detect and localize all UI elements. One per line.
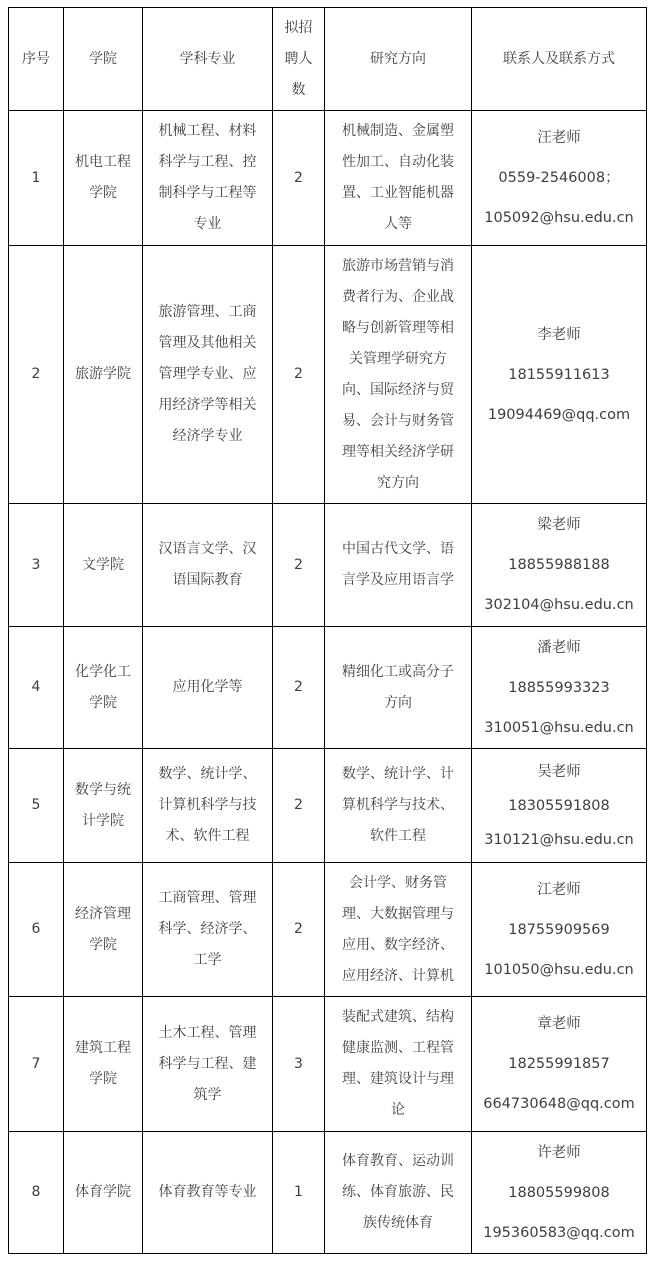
cell-quota: 2 — [273, 246, 325, 504]
table-row: 2 旅游学院 旅游管理、工商管理及其他相关管理学专业、应用经济学等相关经济学专业… — [9, 246, 647, 504]
major-line: 经济学专业 — [147, 421, 268, 452]
contact-name: 章老师 — [476, 1004, 642, 1044]
college-line: 建筑工程 — [68, 1033, 138, 1064]
research-line: 算机科学与技术、 — [329, 790, 467, 821]
cell-research: 数学、统计学、计算机科学与技术、软件工程 — [325, 749, 472, 863]
contact-email[interactable]: 19094469@qq.com — [476, 395, 642, 435]
cell-research: 会计学、财务管理、大数据管理与应用、数字经济、应用经济、计算机 — [325, 863, 472, 997]
table-row: 8 体育学院 体育教育等专业 1 体育教育、运动训练、体育旅游、民族传统体育 许… — [9, 1132, 647, 1254]
table-row: 5 数学与统计学院 数学、统计学、计算机科学与技术、软件工程 2 数学、统计学、… — [9, 749, 647, 863]
cell-research: 旅游市场营销与消费者行为、企业战略与创新管理等相关管理学研究方向、国际经济与贸易… — [325, 246, 472, 504]
contact-name: 梁老师 — [476, 505, 642, 545]
cell-college: 文学院 — [64, 504, 143, 627]
major-line: 应用化学等 — [147, 672, 268, 703]
major-line: 机械工程、材料 — [147, 116, 268, 147]
cell-research: 装配式建筑、结构健康监测、工程管理、建筑设计与理论 — [325, 997, 472, 1132]
cell-quota: 2 — [273, 863, 325, 997]
major-line: 术、软件工程 — [147, 821, 268, 852]
major-line: 筑学 — [147, 1080, 268, 1111]
research-line: 理、建筑设计与理 — [329, 1064, 467, 1095]
contact-email[interactable]: 302104@hsu.edu.cn — [476, 585, 642, 625]
research-line: 精细化工或高分子 — [329, 657, 467, 688]
major-line: 工商管理、管理 — [147, 883, 268, 914]
contact-name: 吴老师 — [476, 755, 642, 789]
contact-phone: 18855988188 — [476, 545, 642, 585]
cell-quota: 2 — [273, 627, 325, 749]
major-line: 制科学与工程等 — [147, 178, 268, 209]
college-line: 旅游学院 — [68, 359, 138, 390]
major-line: 体育教育等专业 — [147, 1177, 268, 1208]
contact-email[interactable]: 105092@hsu.edu.cn — [476, 198, 642, 238]
contact-phone: 18805599808 — [476, 1173, 642, 1213]
table-header-row: 序号 学院 学科专业 拟招 聘人 数 研究方向 联系人及联系方式 — [9, 8, 647, 111]
college-line: 经济管理 — [68, 899, 138, 930]
cell-college: 数学与统计学院 — [64, 749, 143, 863]
table-row: 1 机电工程学院 机械工程、材料科学与工程、控制科学与工程等专业 2 机械制造、… — [9, 111, 647, 246]
research-line: 会计学、财务管 — [329, 868, 467, 899]
research-line: 方向 — [329, 688, 467, 719]
contact-name: 江老师 — [476, 870, 642, 910]
table-row: 3 文学院 汉语言文学、汉语国际教育 2 中国古代文学、语言学及应用语言学 梁老… — [9, 504, 647, 627]
major-line: 工学 — [147, 945, 268, 976]
major-line: 科学与工程、控 — [147, 147, 268, 178]
header-quota: 拟招 聘人 数 — [273, 8, 325, 111]
cell-index: 2 — [9, 246, 64, 504]
header-research: 研究方向 — [325, 8, 472, 111]
cell-contact: 汪老师0559-2546008；105092@hsu.edu.cn — [472, 111, 647, 246]
research-line: 关管理学研究方 — [329, 344, 467, 375]
research-line: 人等 — [329, 209, 467, 240]
college-line: 文学院 — [68, 550, 138, 581]
contact-name: 潘老师 — [476, 628, 642, 668]
major-line: 科学、经济学、 — [147, 914, 268, 945]
research-line: 体育教育、运动训 — [329, 1146, 467, 1177]
major-line: 数学、统计学、 — [147, 759, 268, 790]
cell-contact: 江老师18755909569101050@hsu.edu.cn — [472, 863, 647, 997]
cell-research: 中国古代文学、语言学及应用语言学 — [325, 504, 472, 627]
research-line: 略与创新管理等相 — [329, 313, 467, 344]
research-line: 性加工、自动化装 — [329, 147, 467, 178]
college-line: 学院 — [68, 1064, 138, 1095]
contact-name: 李老师 — [476, 315, 642, 355]
contact-email[interactable]: 101050@hsu.edu.cn — [476, 950, 642, 990]
contact-name: 许老师 — [476, 1133, 642, 1173]
contact-phone: 18305591808 — [476, 789, 642, 823]
major-line: 专业 — [147, 209, 268, 240]
cell-major: 汉语言文学、汉语国际教育 — [143, 504, 273, 627]
contact-email[interactable]: 310121@hsu.edu.cn — [476, 823, 642, 857]
college-line: 计学院 — [68, 806, 138, 837]
research-line: 理、大数据管理与 — [329, 899, 467, 930]
college-line: 体育学院 — [68, 1177, 138, 1208]
college-line: 化学化工 — [68, 657, 138, 688]
contact-phone: 18255991857 — [476, 1044, 642, 1084]
table-row: 4 化学化工学院 应用化学等 2 精细化工或高分子方向 潘老师188559933… — [9, 627, 647, 749]
cell-research: 机械制造、金属塑性加工、自动化装置、工业智能机器人等 — [325, 111, 472, 246]
cell-college: 机电工程学院 — [64, 111, 143, 246]
cell-college: 体育学院 — [64, 1132, 143, 1254]
contact-name: 汪老师 — [476, 118, 642, 158]
college-line: 数学与统 — [68, 775, 138, 806]
cell-major: 工商管理、管理科学、经济学、工学 — [143, 863, 273, 997]
header-college: 学院 — [64, 8, 143, 111]
cell-research: 体育教育、运动训练、体育旅游、民族传统体育 — [325, 1132, 472, 1254]
research-line: 向、国际经济与贸 — [329, 375, 467, 406]
cell-major: 土木工程、管理科学与工程、建筑学 — [143, 997, 273, 1132]
cell-college: 经济管理学院 — [64, 863, 143, 997]
college-line: 学院 — [68, 930, 138, 961]
header-contact: 联系人及联系方式 — [472, 8, 647, 111]
cell-contact: 李老师1815591161319094469@qq.com — [472, 246, 647, 504]
cell-index: 1 — [9, 111, 64, 246]
cell-index: 8 — [9, 1132, 64, 1254]
major-line: 土木工程、管理 — [147, 1018, 268, 1049]
cell-index: 5 — [9, 749, 64, 863]
research-line: 族传统体育 — [329, 1208, 467, 1239]
research-line: 究方向 — [329, 468, 467, 499]
header-major: 学科专业 — [143, 8, 273, 111]
research-line: 旅游市场营销与消 — [329, 251, 467, 282]
cell-major: 应用化学等 — [143, 627, 273, 749]
cell-quota: 2 — [273, 749, 325, 863]
cell-index: 3 — [9, 504, 64, 627]
contact-email[interactable]: 195360583@qq.com — [476, 1213, 642, 1253]
cell-major: 体育教育等专业 — [143, 1132, 273, 1254]
cell-research: 精细化工或高分子方向 — [325, 627, 472, 749]
major-line: 管理及其他相关 — [147, 328, 268, 359]
cell-quota: 1 — [273, 1132, 325, 1254]
college-line: 机电工程 — [68, 147, 138, 178]
cell-contact: 吴老师18305591808310121@hsu.edu.cn — [472, 749, 647, 863]
contact-phone: 18855993323 — [476, 668, 642, 708]
cell-major: 机械工程、材料科学与工程、控制科学与工程等专业 — [143, 111, 273, 246]
cell-quota: 2 — [273, 504, 325, 627]
research-line: 软件工程 — [329, 821, 467, 852]
research-line: 置、工业智能机器 — [329, 178, 467, 209]
cell-index: 4 — [9, 627, 64, 749]
contact-phone: 18155911613 — [476, 355, 642, 395]
major-line: 计算机科学与技 — [147, 790, 268, 821]
research-line: 理等相关经济学研 — [329, 437, 467, 468]
cell-contact: 梁老师18855988188302104@hsu.edu.cn — [472, 504, 647, 627]
cell-index: 6 — [9, 863, 64, 997]
research-line: 易、会计与财务管 — [329, 406, 467, 437]
research-line: 练、体育旅游、民 — [329, 1177, 467, 1208]
major-line: 汉语言文学、汉 — [147, 534, 268, 565]
major-line: 科学与工程、建 — [147, 1049, 268, 1080]
research-line: 中国古代文学、语 — [329, 534, 467, 565]
research-line: 装配式建筑、结构 — [329, 1002, 467, 1033]
research-line: 论 — [329, 1095, 467, 1126]
cell-contact: 潘老师18855993323310051@hsu.edu.cn — [472, 627, 647, 749]
major-line: 用经济学等相关 — [147, 390, 268, 421]
cell-college: 建筑工程学院 — [64, 997, 143, 1132]
cell-major: 旅游管理、工商管理及其他相关管理学专业、应用经济学等相关经济学专业 — [143, 246, 273, 504]
contact-phone: 18755909569 — [476, 910, 642, 950]
research-line: 应用经济、计算机 — [329, 961, 467, 992]
contact-email[interactable]: 664730648@qq.com — [476, 1084, 642, 1124]
contact-phone: 0559-2546008； — [476, 158, 642, 198]
table-row: 7 建筑工程学院 土木工程、管理科学与工程、建筑学 3 装配式建筑、结构健康监测… — [9, 997, 647, 1132]
college-line: 学院 — [68, 178, 138, 209]
contact-email[interactable]: 310051@hsu.edu.cn — [476, 708, 642, 748]
research-line: 费者行为、企业战 — [329, 282, 467, 313]
major-line: 旅游管理、工商 — [147, 297, 268, 328]
college-line: 学院 — [68, 688, 138, 719]
research-line: 应用、数字经济、 — [329, 930, 467, 961]
recruitment-table: 序号 学院 学科专业 拟招 聘人 数 研究方向 联系人及联系方式 1 机电工程学… — [8, 7, 647, 1254]
cell-index: 7 — [9, 997, 64, 1132]
research-line: 健康监测、工程管 — [329, 1033, 467, 1064]
cell-college: 化学化工学院 — [64, 627, 143, 749]
research-line: 言学及应用语言学 — [329, 565, 467, 596]
table-row: 6 经济管理学院 工商管理、管理科学、经济学、工学 2 会计学、财务管理、大数据… — [9, 863, 647, 997]
header-index: 序号 — [9, 8, 64, 111]
cell-major: 数学、统计学、计算机科学与技术、软件工程 — [143, 749, 273, 863]
major-line: 语国际教育 — [147, 565, 268, 596]
cell-quota: 3 — [273, 997, 325, 1132]
cell-contact: 章老师18255991857664730648@qq.com — [472, 997, 647, 1132]
research-line: 数学、统计学、计 — [329, 759, 467, 790]
research-line: 机械制造、金属塑 — [329, 116, 467, 147]
cell-college: 旅游学院 — [64, 246, 143, 504]
cell-quota: 2 — [273, 111, 325, 246]
major-line: 管理学专业、应 — [147, 359, 268, 390]
cell-contact: 许老师18805599808195360583@qq.com — [472, 1132, 647, 1254]
